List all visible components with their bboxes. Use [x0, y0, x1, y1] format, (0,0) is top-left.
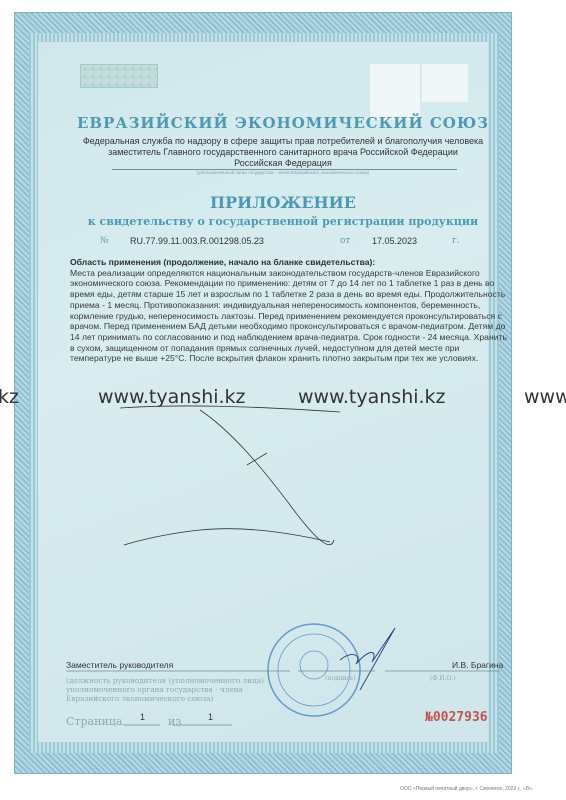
signatory-name: И.В. Брагина [452, 660, 503, 670]
serial-number: №0027936 [425, 710, 488, 725]
fio-label: (Ф.И.О.) [430, 675, 456, 682]
page-total: 1 [208, 712, 213, 722]
printer-imprint: ООО «Первый печатный двор», г. Смоленск,… [400, 786, 533, 792]
page-of-label: из [168, 715, 181, 728]
signatory-position: Заместитель руководителя [66, 660, 173, 670]
position-note: (должность руководителя (уполномоченного… [66, 676, 266, 703]
signature-label: (подпись) [325, 675, 356, 682]
page-label: Страница [66, 715, 122, 728]
page-current: 1 [140, 712, 145, 722]
official-stamp-icon [268, 624, 360, 716]
